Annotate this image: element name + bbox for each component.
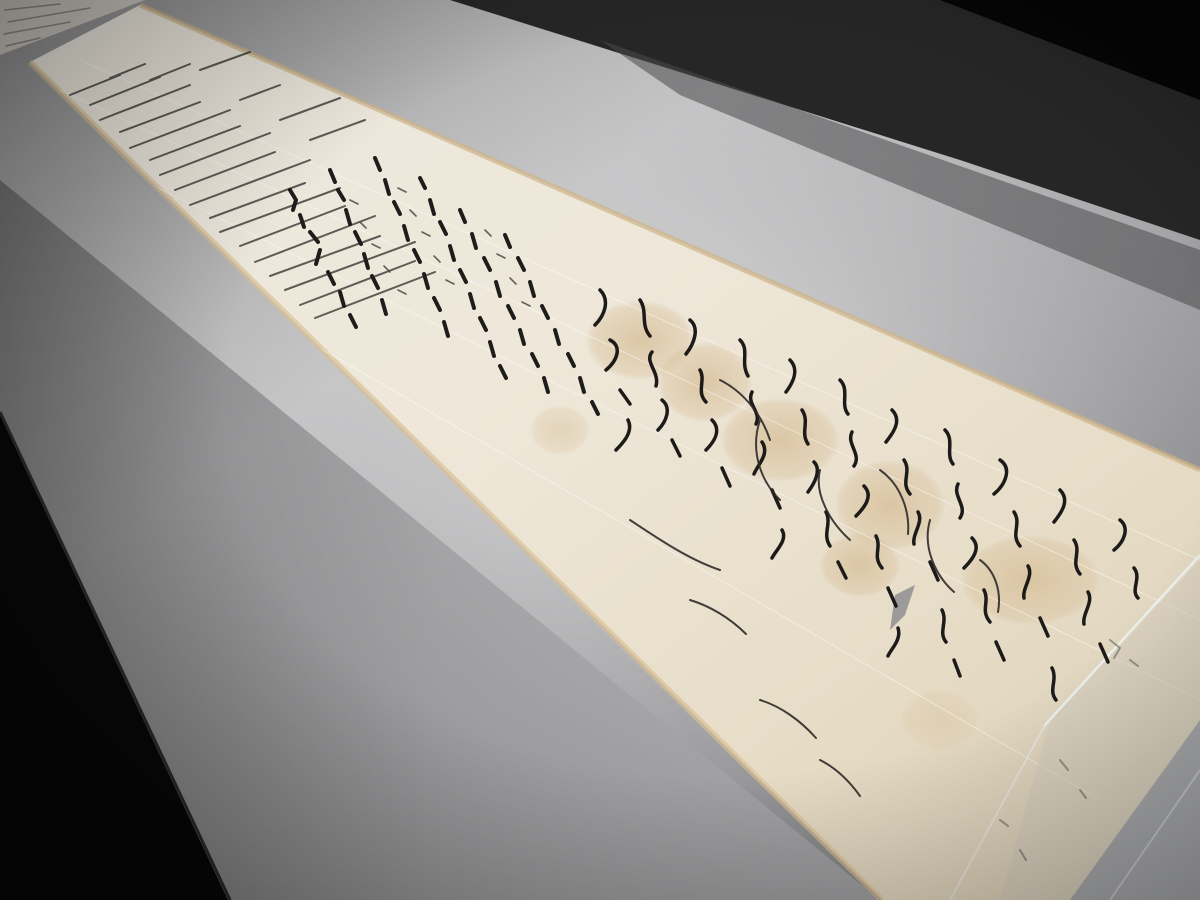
museum-photo [0,0,1200,900]
lighting-overlay [0,0,1200,900]
